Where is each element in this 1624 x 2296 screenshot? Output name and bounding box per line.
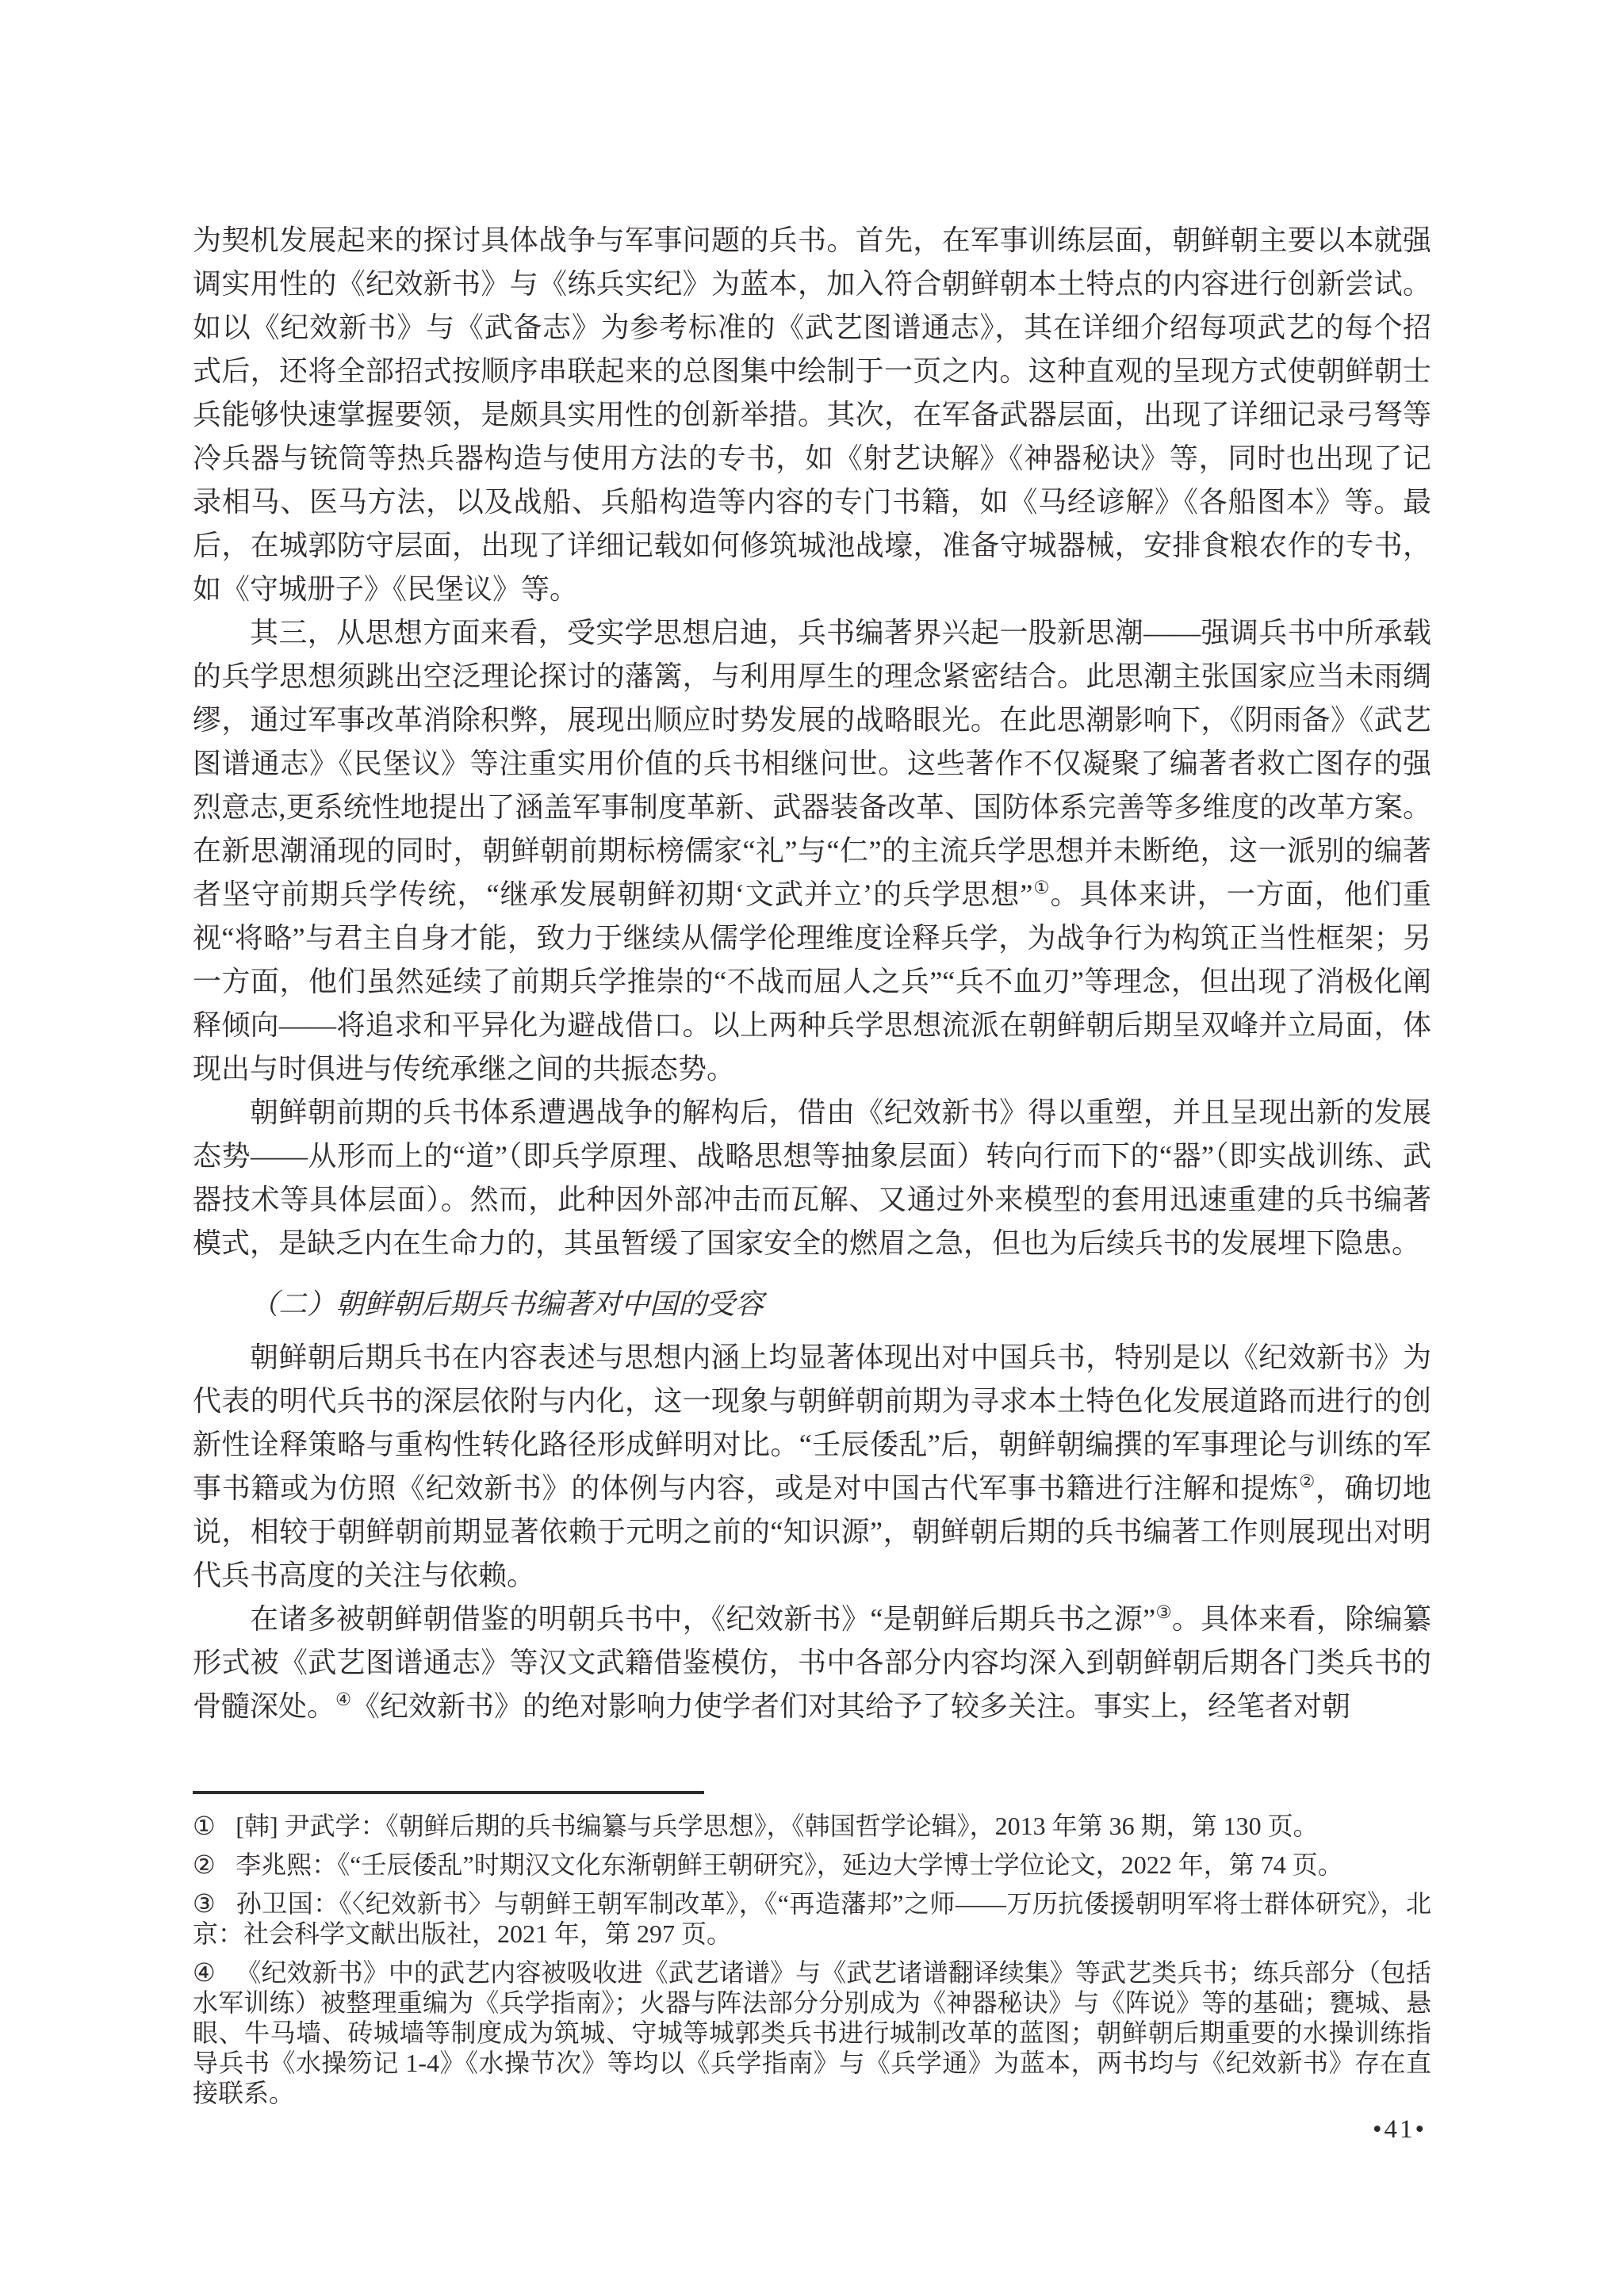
- body-paragraph: 其三，从思想方面来看，受实学思想启迪，兵书编著界兴起一股新思潮——强调兵书中所承…: [193, 611, 1431, 1091]
- footnote-reference: ④: [335, 1689, 351, 1709]
- body-paragraph: 朝鲜朝前期的兵书体系遭遇战争的解构后，借由《纪效新书》得以重塑，并且呈现出新的发…: [193, 1091, 1431, 1265]
- footnote-reference: ③: [1155, 1602, 1172, 1622]
- footnote-reference: ①: [1032, 878, 1050, 897]
- footnote-item: ④《纪效新书》中的武艺内容被吸收进《武艺诸谱》与《武艺诸谱翻译续集》等武艺类兵书…: [193, 1957, 1431, 2108]
- footnote-reference: ②: [1299, 1471, 1316, 1491]
- footnote-item: ①[韩] 尹武学：《朝鲜后期的兵书编纂与兵学思想》，《韩国哲学论辑》，2013 …: [193, 1811, 1431, 1841]
- document-page: 为契机发展起来的探讨具体战争与军事问题的兵书。首先，在军事训练层面，朝鲜朝主要以…: [0, 0, 1624, 2296]
- body-paragraph: 在诸多被朝鲜朝借鉴的明朝兵书中，《纪效新书》“是朝鲜后期兵书之源”③。具体来看，…: [193, 1598, 1431, 1728]
- body-paragraph: 朝鲜朝后期兵书在内容表述与思想内涵上均显著体现出对中国兵书，特别是以《纪效新书》…: [193, 1336, 1431, 1598]
- footnote-marker: ②: [193, 1850, 216, 1879]
- footnotes-section: ①[韩] 尹武学：《朝鲜后期的兵书编纂与兵学思想》，《韩国哲学论辑》，2013 …: [193, 1811, 1431, 2117]
- footnote-text: 李兆熙：《“壬辰倭乱”时期汉文化东渐朝鲜王朝研究》，延边大学博士学位论文，202…: [236, 1850, 1342, 1879]
- footnote-text: 《纪效新书》中的武艺内容被吸收进《武艺诸谱》与《武艺诸谱翻译续集》等武艺类兵书；…: [193, 1958, 1431, 2107]
- body-text-container: 为契机发展起来的探讨具体战争与军事问题的兵书。首先，在军事训练层面，朝鲜朝主要以…: [193, 219, 1431, 1728]
- footnote-item: ②李兆熙：《“壬辰倭乱”时期汉文化东渐朝鲜王朝研究》，延边大学博士学位论文，20…: [193, 1850, 1431, 1880]
- footnote-text: [韩] 尹武学：《朝鲜后期的兵书编纂与兵学思想》，《韩国哲学论辑》，2013 年…: [236, 1812, 1318, 1840]
- footnote-separator: [193, 1791, 704, 1794]
- footnote-marker: ③: [193, 1889, 216, 1918]
- body-paragraph: 为契机发展起来的探讨具体战争与军事问题的兵书。首先，在军事训练层面，朝鲜朝主要以…: [193, 219, 1431, 611]
- footnote-marker: ④: [193, 1958, 216, 1987]
- footnote-marker: ①: [193, 1812, 216, 1840]
- page-number: •41•: [1312, 2115, 1487, 2145]
- footnote-text: 孙卫国：《〈纪效新书〉与朝鲜王朝军制改革》，《“再造藩邦”之师——万历抗倭援朝明…: [193, 1889, 1431, 1948]
- footnote-item: ③孙卫国：《〈纪效新书〉与朝鲜王朝军制改革》，《“再造藩邦”之师——万历抗倭援朝…: [193, 1888, 1431, 1949]
- section-heading: （二）朝鲜朝后期兵书编著对中国的受容: [193, 1283, 1431, 1326]
- page-number-text: •41•: [1373, 2115, 1427, 2144]
